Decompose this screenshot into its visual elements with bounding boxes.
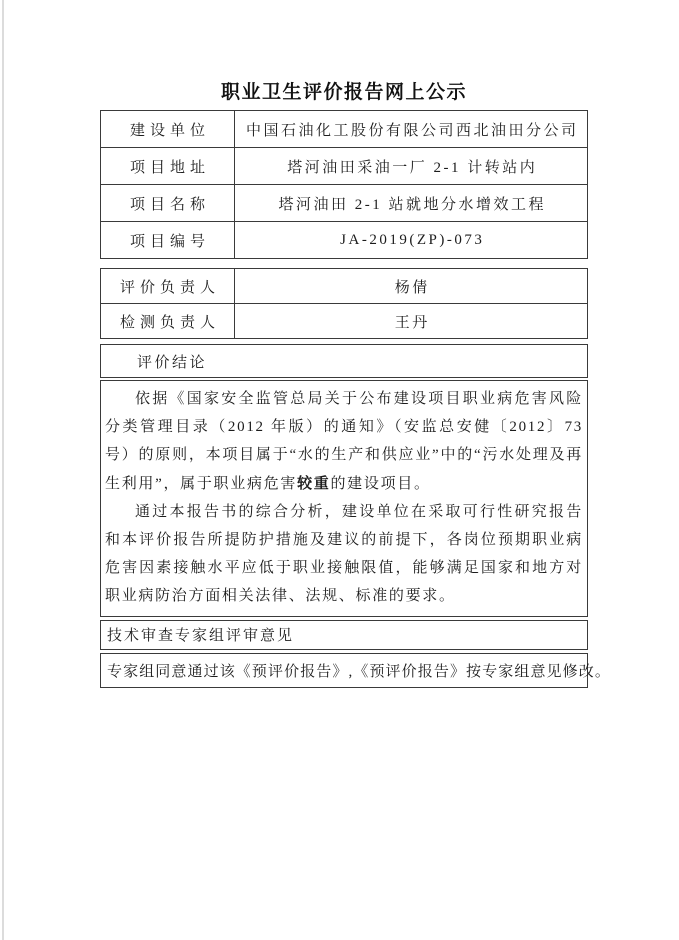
expert-review-comment-row: 专家组同意通过该《预评价报告》,《预评价报告》按专家组意见修改。: [100, 653, 588, 688]
project-info-table: 建设单位 中国石油化工股份有限公司西北油田分公司 项目地址 塔河油田采油一厂 2…: [100, 110, 588, 259]
conclusion-paragraph-1: 依据《国家安全监管总局关于公布建设项目职业病危害风险分类管理目录（2012 年版…: [105, 385, 583, 498]
table-row-testing-lead: 检测负责人 王丹: [101, 303, 587, 338]
expert-review-header-label: 技术审查专家组评审意见: [107, 624, 294, 645]
row-label: 检测负责人: [101, 304, 235, 338]
row-value: 王丹: [235, 304, 587, 338]
page-title: 职业卫生评价报告网上公示: [100, 82, 588, 104]
row-label: 建设单位: [101, 111, 235, 147]
row-value: 塔河油田采油一厂 2-1 计转站内: [235, 148, 587, 184]
expert-review-header-row: 技术审查专家组评审意见: [100, 620, 588, 650]
responsible-person-table: 评价负责人 杨倩 检测负责人 王丹: [100, 268, 588, 339]
table-row-project-address: 项目地址 塔河油田采油一厂 2-1 计转站内: [101, 147, 587, 184]
row-value: JA-2019(ZP)-073: [235, 222, 587, 258]
row-label: 项目编号: [101, 222, 235, 258]
page-left-edge: [2, 0, 4, 940]
table-row-evaluation-lead: 评价负责人 杨倩: [101, 269, 587, 303]
conclusion-header-label: 评价结论: [137, 351, 207, 372]
conclusion-body-row: 依据《国家安全监管总局关于公布建设项目职业病危害风险分类管理目录（2012 年版…: [100, 380, 588, 617]
row-value: 杨倩: [235, 269, 587, 303]
paragraph-bold-text: 较重: [297, 476, 330, 492]
row-label: 评价负责人: [101, 269, 235, 303]
row-value: 中国石油化工股份有限公司西北油田分公司: [235, 111, 587, 147]
conclusion-paragraph-2: 通过本报告书的综合分析，建设单位在采取可行性研究报告和本评价报告所提防护措施及建…: [105, 498, 583, 611]
expert-review-comment-text: 专家组同意通过该《预评价报告》,《预评价报告》按专家组意见修改。: [107, 660, 611, 681]
document-page: 职业卫生评价报告网上公示 建设单位 中国石油化工股份有限公司西北油田分公司 项目…: [0, 0, 679, 940]
row-label: 项目地址: [101, 148, 235, 184]
table-row-construction-unit: 建设单位 中国石油化工股份有限公司西北油田分公司: [101, 111, 587, 147]
table-row-project-name: 项目名称 塔河油田 2-1 站就地分水增效工程: [101, 184, 587, 221]
row-value: 塔河油田 2-1 站就地分水增效工程: [235, 185, 587, 221]
document-content: 职业卫生评价报告网上公示 建设单位 中国石油化工股份有限公司西北油田分公司 项目…: [100, 82, 588, 688]
paragraph-text: 通过本报告书的综合分析，建设单位在采取可行性研究报告和本评价报告所提防护措施及建…: [105, 504, 583, 605]
conclusion-header-row: 评价结论: [100, 344, 588, 378]
table-row-project-number: 项目编号 JA-2019(ZP)-073: [101, 221, 587, 258]
paragraph-text: 的建设项目。: [330, 476, 430, 492]
row-label: 项目名称: [101, 185, 235, 221]
